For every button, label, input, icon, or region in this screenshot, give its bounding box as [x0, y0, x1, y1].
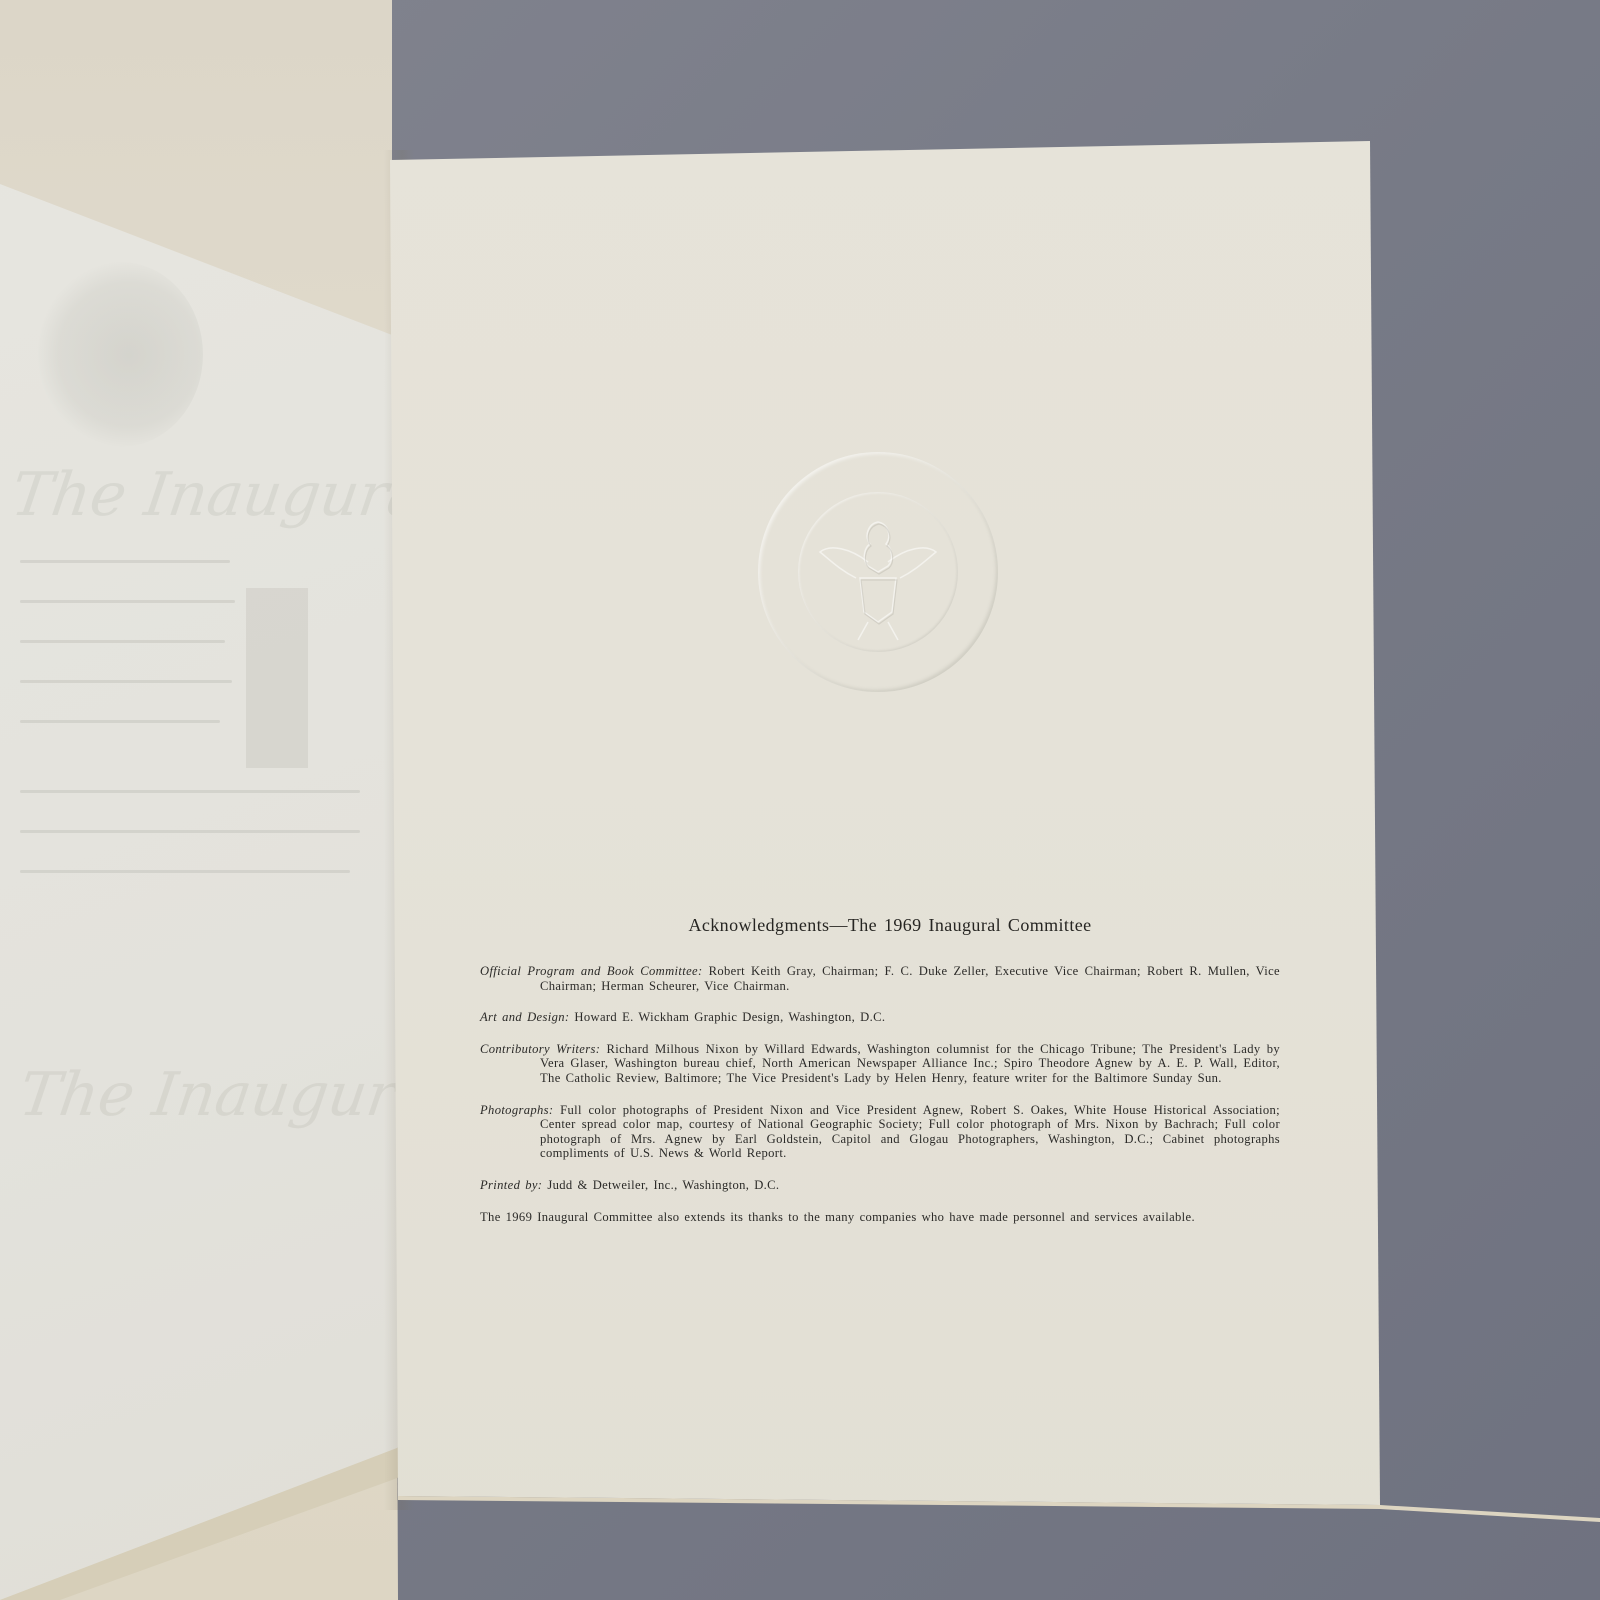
bleed-through-line — [20, 720, 220, 723]
bleed-through-line — [20, 870, 350, 873]
section-contributory-writers: Contributory Writers: Richard Milhous Ni… — [480, 1042, 1280, 1086]
section-text: Howard E. Wickham Graphic Design, Washin… — [569, 1010, 885, 1024]
section-program-committee: Official Program and Book Committee: Rob… — [480, 964, 1280, 993]
acknowledgments-block: Acknowledgments—The 1969 Inaugural Commi… — [480, 915, 1280, 1241]
section-photographs: Photographs: Full color photographs of P… — [480, 1103, 1280, 1161]
section-label: Photographs: — [480, 1103, 553, 1117]
section-label: Official Program and Book Committee: — [480, 964, 703, 978]
embossed-seal-icon — [758, 452, 998, 692]
closing-statement: The 1969 Inaugural Committee also extend… — [480, 1210, 1280, 1225]
eagle-icon — [758, 452, 998, 692]
section-text: Richard Milhous Nixon by Willard Edwards… — [540, 1042, 1280, 1085]
bleed-through-line — [20, 560, 230, 563]
bleed-through-line — [20, 600, 235, 603]
bleed-through-line — [20, 640, 225, 643]
bleed-through-line — [20, 830, 360, 833]
bleed-through-line — [20, 790, 360, 793]
section-label: Art and Design: — [480, 1010, 569, 1024]
bleed-through-script-top: The Inaugural — [7, 460, 448, 530]
section-art-design: Art and Design: Howard E. Wickham Graphi… — [480, 1010, 1280, 1025]
section-text: Full color photographs of President Nixo… — [540, 1103, 1280, 1161]
section-label: Contributory Writers: — [480, 1042, 600, 1056]
bleed-through-image-box — [246, 588, 308, 768]
section-label: Printed by: — [480, 1178, 542, 1192]
section-printed-by: Printed by: Judd & Detweiler, Inc., Wash… — [480, 1178, 1280, 1193]
bleed-through-line — [20, 680, 232, 683]
bleed-through-seal-icon — [38, 262, 203, 447]
photo-scene: The Inaugural The Inaugural Acknowledgm — [0, 0, 1600, 1600]
section-text: Judd & Detweiler, Inc., Washington, D.C. — [542, 1178, 779, 1192]
page-title: Acknowledgments—The 1969 Inaugural Commi… — [480, 915, 1280, 936]
